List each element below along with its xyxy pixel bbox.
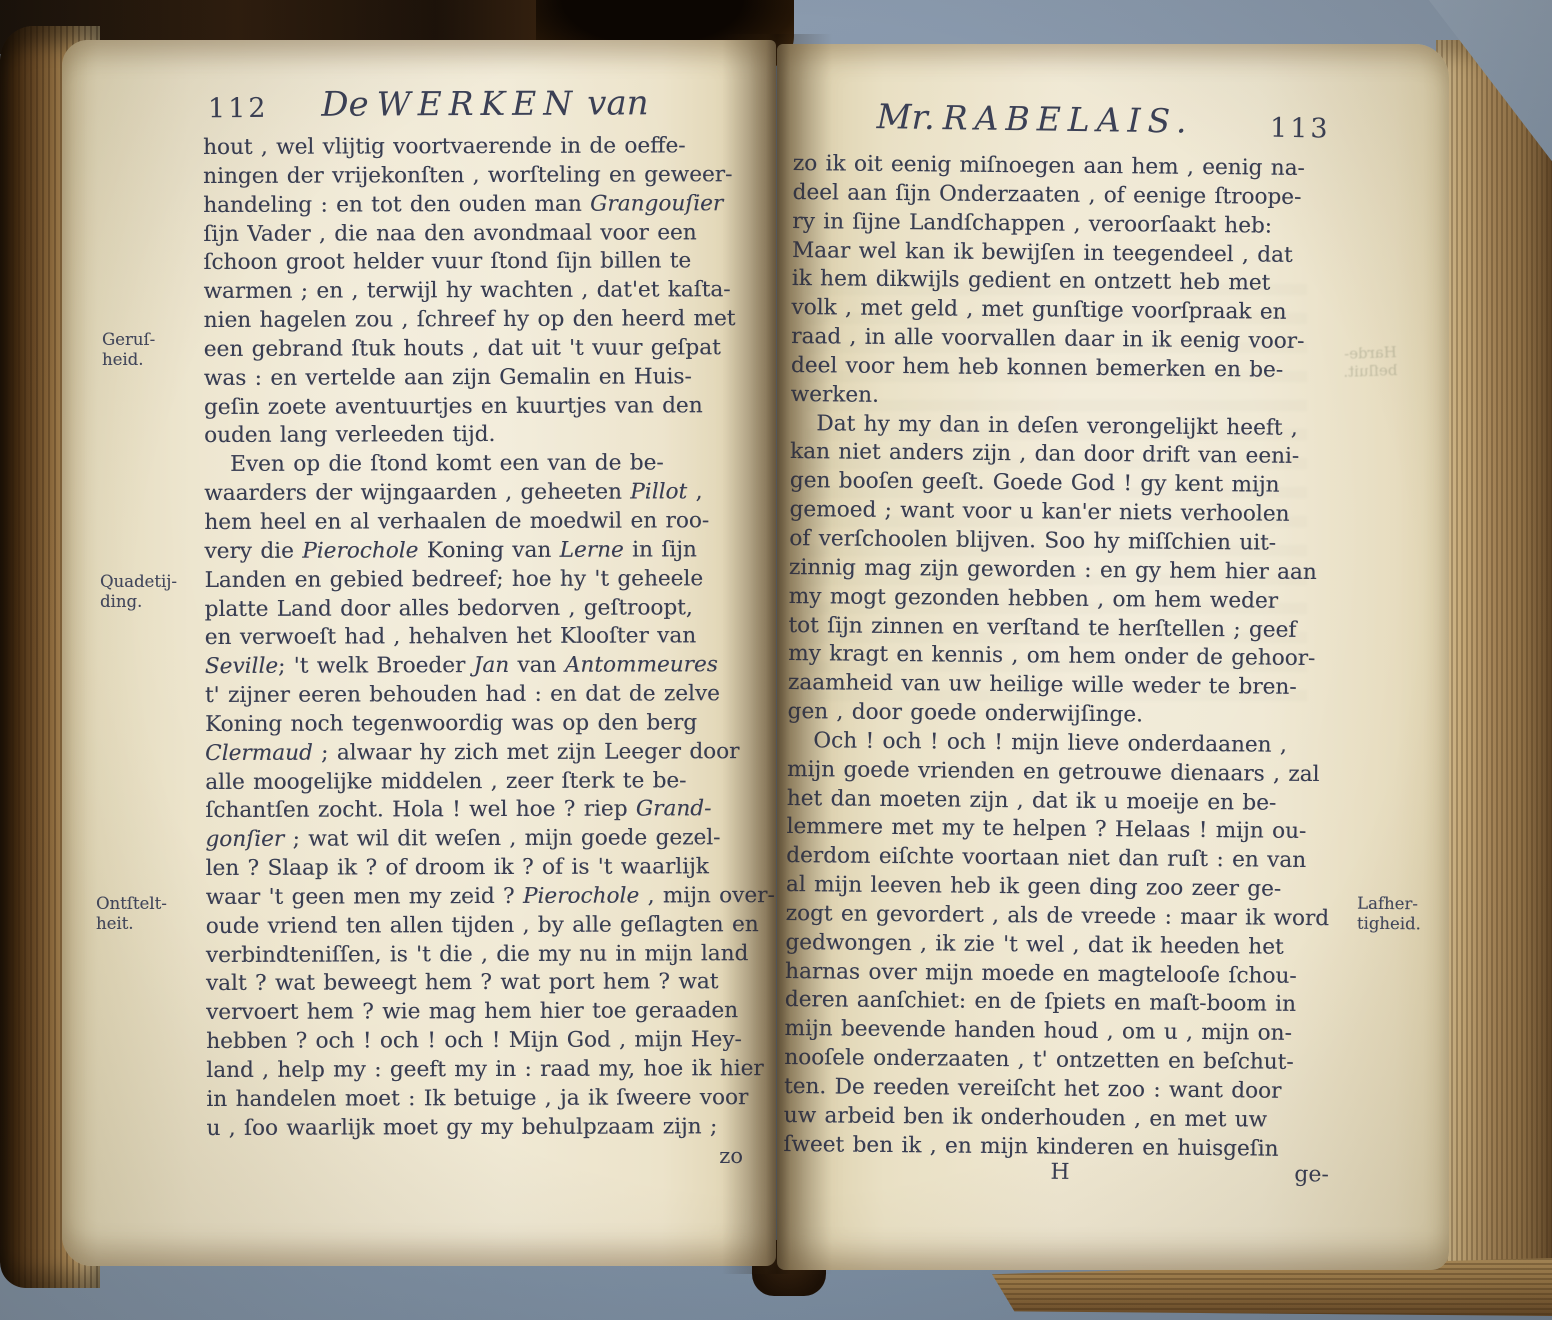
left-running-title: DeWERKENvan [321, 83, 648, 124]
text-line: in handelen moet : Ik betuige , ja ik ſw… [206, 1084, 772, 1115]
left-page: 112 DeWERKENvan hout , wel vlijtig voort… [62, 40, 776, 1266]
text-line: alle moogelijke middelen , zeer ſterk te… [205, 767, 771, 798]
margin-note-quadetijding: Quadetij- ding. [100, 572, 177, 611]
text-line: Seville; 't welk Broeder Jan van Antomme… [205, 651, 771, 682]
text-line: Koning noch tegenwoordig was op den berg [205, 709, 771, 740]
running-title-pre: De [321, 85, 369, 125]
left-page-header: 112 DeWERKENvan [202, 83, 768, 131]
running-title-caps: RABELAIS. [943, 98, 1194, 140]
text-line: very die Pierochole Koning van Lerne in … [204, 536, 770, 567]
left-page-number: 112 [208, 93, 269, 124]
text-line: platte Land door alles bedorven , geſtro… [205, 594, 771, 625]
margin-note-line: Lafher- [1357, 894, 1421, 914]
text-line: hem heel en al verhaalen de moedwil en r… [204, 507, 770, 538]
text-line: hebben ? och ! och ! och ! Mijn God , mi… [206, 1026, 772, 1057]
margin-note-line: heid. [102, 350, 155, 370]
text-line: vervoert hem ? wie mag hem hier toe gera… [206, 997, 772, 1028]
text-line: oude vriend ten allen tijden , by alle g… [206, 911, 772, 942]
text-line: verbindteniſſen, is 't die , die my nu i… [206, 940, 772, 971]
text-line: een gebrand ſtuk houts , dat uit 't vuur… [204, 334, 770, 365]
right-catchword: ge- [1294, 1162, 1329, 1187]
text-line: valt ? wat beweegt hem ? wat port hem ? … [206, 968, 772, 999]
text-line: ningen der vrijekonſten , worſteling en … [203, 161, 769, 192]
text-line: en verwoeſt had , hehalven het Klooſter … [205, 622, 771, 653]
text-line: hout , wel vlijtig voortvaerende in de o… [203, 132, 769, 163]
margin-note-line: tigheid. [1357, 913, 1421, 933]
right-page-body-text: zo ik oit eenig miſnoegen aan hem , eeni… [783, 150, 1353, 1165]
right-page-number: 113 [1270, 113, 1331, 145]
text-line: Landen en gebied bedreef; hoe hy 't gehe… [205, 565, 771, 596]
margin-note-line: Ontſtelt- [96, 894, 167, 914]
margin-note-ontsteltheit: Ontſtelt- heit. [96, 894, 167, 933]
text-line: t' zijner eeren behouden had : en dat de… [205, 680, 771, 711]
text-line: nien hagelen zou , ſchreef hy op den hee… [204, 305, 770, 336]
right-running-title: Mr.RABELAIS. [876, 97, 1201, 142]
margin-note-line: heit. [96, 914, 167, 934]
left-page-body-text: hout , wel vlijtig voortvaerende in de o… [203, 132, 773, 1144]
text-line: u , ſoo waarlijk moet gy my behulpzaam z… [206, 1113, 772, 1144]
right-page: Mr.RABELAIS. 113 zo ik oit eenig miſnoeg… [777, 44, 1449, 1270]
text-line: Even op die ſtond komt een van de be- [204, 449, 770, 480]
left-catchword: zo [203, 1144, 769, 1168]
text-line: Clermaud ; alwaar hy zich met zijn Leege… [205, 738, 771, 769]
show-through-margin-note: Harde- beſluit. [1342, 343, 1397, 381]
margin-note-line: Geruſ- [102, 330, 155, 350]
text-line: waarders der wijngaarden , geheeten Pill… [204, 478, 770, 509]
running-title-caps: WERKEN [377, 84, 580, 124]
text-line: ry in ſijne Landſchappen , veroorſaakt h… [792, 208, 1352, 242]
text-line: ſijn Vader , die naa den avondmaal voor … [203, 219, 769, 250]
ghost-note-line: Harde- [1342, 343, 1397, 363]
running-title-post: van [587, 83, 649, 123]
text-line: waar 't geen men my zeid ? Pierochole , … [206, 882, 772, 913]
text-line: ſchantſen zocht. Hola ! wel hoe ? riep G… [205, 795, 771, 826]
text-line: was : en vertelde aan zijn Gemalin en Hu… [204, 363, 770, 394]
margin-note-lafhertigheid: Lafher- tigheid. [1357, 894, 1421, 934]
margin-note-line: Quadetij- [100, 572, 177, 592]
book-photo: 112 DeWERKENvan hout , wel vlijtig voort… [0, 0, 1552, 1320]
text-line: ſchoon groot helder vuur ſtond ſijn bill… [203, 247, 769, 278]
text-line: ouden lang verleeden tijd. [204, 420, 770, 451]
text-line: my mogt gezonden hebben , om hem weder [789, 583, 1349, 617]
text-line: land , help my : geeft my in : raad my, … [206, 1055, 772, 1086]
margin-note-line: ding. [100, 592, 177, 612]
text-line: geſin zoete aventuurtjes en kuurtjes van… [204, 392, 770, 423]
text-line: handeling : en tot den ouden man Grangou… [203, 190, 769, 221]
text-line: gonſier ; wat wil dit weſen , mijn goede… [205, 824, 771, 855]
signature-mark: H [1050, 1160, 1069, 1185]
text-line: len ? Slaap ik ? of droom ik ? of is 't … [206, 853, 772, 884]
right-page-block-edge [1436, 40, 1552, 1292]
text-line: warmen ; en , terwijl hy wachten , dat'e… [204, 276, 770, 307]
right-page-header: Mr.RABELAIS. 113 [792, 96, 1353, 150]
running-title-pre: Mr. [876, 97, 935, 138]
ghost-note-line: beſluit. [1343, 361, 1398, 381]
margin-note-gerusheid: Geruſ- heid. [102, 330, 155, 369]
